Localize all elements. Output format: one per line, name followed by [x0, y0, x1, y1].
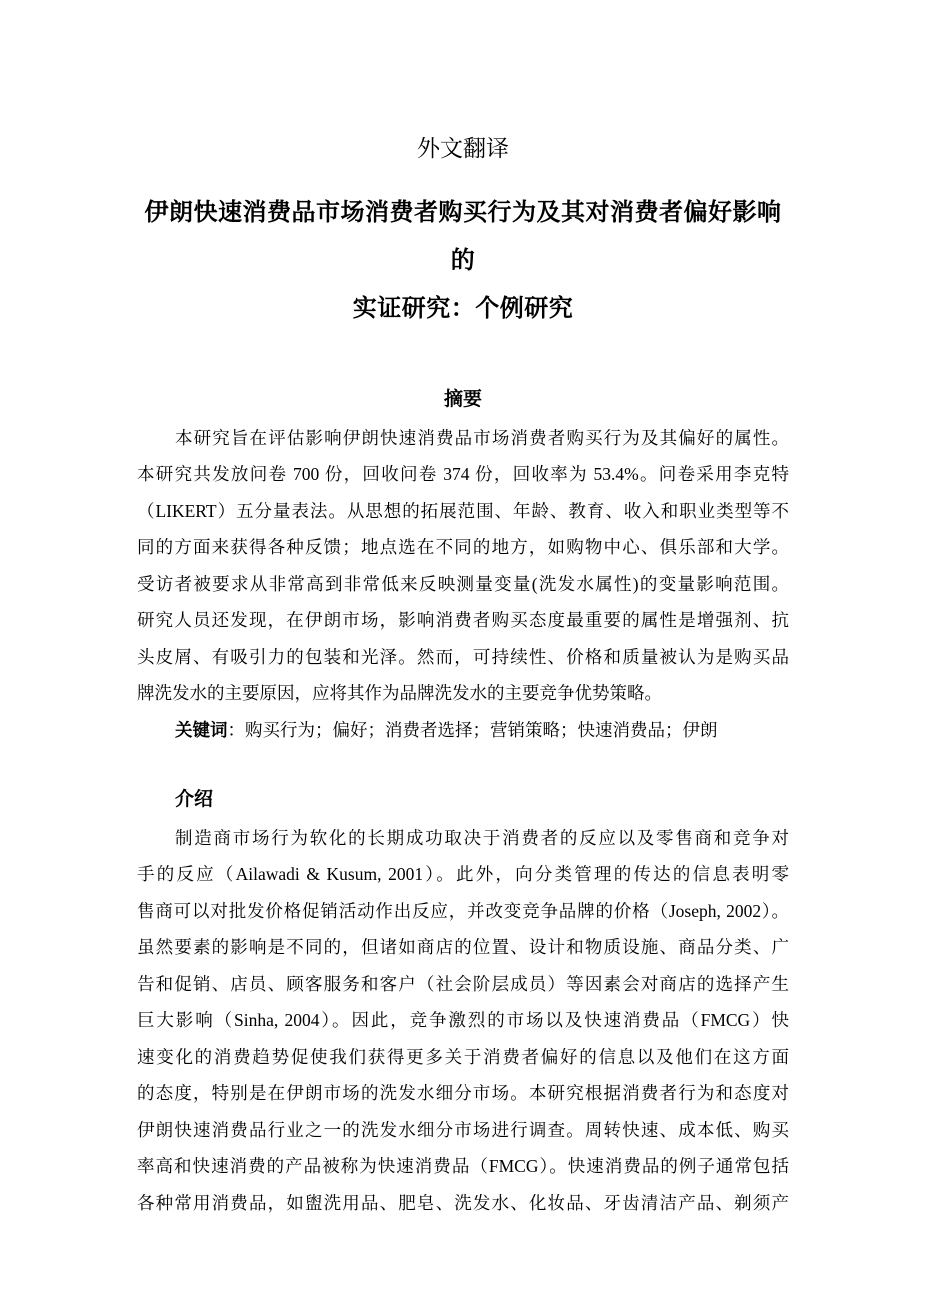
title-line-2: 实证研究：个例研究 [137, 285, 789, 333]
paragraph-line: 伊朗快速消费品行业之一的洗发水细分市场进行调查。周转快速、成本低、购买 [137, 1112, 789, 1149]
doc-type-label: 外文翻译 [137, 130, 789, 167]
title-line-1: 伊朗快速消费品市场消费者购买行为及其对消费者偏好影响的 [137, 189, 789, 285]
document-title: 伊朗快速消费品市场消费者购买行为及其对消费者偏好影响的 实证研究：个例研究 [137, 189, 789, 333]
abstract-heading: 摘要 [137, 382, 789, 419]
paragraph-line: 制造商市场行为软化的长期成功取决于消费者的反应以及零售商和竞争对 [137, 820, 789, 857]
paragraph-line: 研究人员还发现，在伊朗市场，影响消费者购买态度最重要的属性是增强剂、抗 [137, 602, 789, 639]
paragraph-line: 的态度，特别是在伊朗市场的洗发水细分市场。本研究根据消费者行为和态度对 [137, 1075, 789, 1112]
introduction-heading: 介绍 [137, 782, 789, 819]
keywords-label: 关键词 [175, 720, 228, 740]
paragraph-line: 巨大影响（Sinha, 2004）。因此，竞争激烈的市场以及快速消费品（FMCG… [137, 1002, 789, 1039]
paragraph-line: 手的反应（Ailawadi & Kusum, 2001）。此外，向分类管理的传达… [137, 856, 789, 893]
paragraph-line: 各种常用消费品，如盥洗用品、肥皂、洗发水、化妆品、牙齿清洁产品、剃须产 [137, 1185, 789, 1222]
keywords-line: 关键词：购买行为；偏好；消费者选择；营销策略；快速消费品；伊朗 [137, 712, 789, 749]
paragraph-line: 本研究共发放问卷 700 份，回收问卷 374 份，回收率为 53.4%。问卷采… [137, 456, 789, 493]
introduction-paragraph: 制造商市场行为软化的长期成功取决于消费者的反应以及零售商和竞争对 手的反应（Ai… [137, 820, 789, 1222]
paragraph-line: 头皮屑、有吸引力的包装和光泽。然而，可持续性、价格和质量被认为是购买品 [137, 639, 789, 676]
paragraph-line: 受访者被要求从非常高到非常低来反映测量变量(洗发水属性)的变量影响范围。 [137, 566, 789, 603]
abstract-paragraph: 本研究旨在评估影响伊朗快速消费品市场消费者购买行为及其偏好的属性。 本研究共发放… [137, 420, 789, 712]
paragraph-line: （LIKERT）五分量表法。从思想的拓展范围、年龄、教育、收入和职业类型等不 [137, 493, 789, 530]
paragraph-line: 率高和快速消费的产品被称为快速消费品（FMCG）。快速消费品的例子通常包括 [137, 1148, 789, 1185]
document-page: 外文翻译 伊朗快速消费品市场消费者购买行为及其对消费者偏好影响的 实证研究：个例… [137, 0, 789, 1221]
paragraph-line: 速变化的消费趋势促使我们获得更多关于消费者偏好的信息以及他们在这方面 [137, 1039, 789, 1076]
paragraph-line: 同的方面来获得各种反馈；地点选在不同的地方，如购物中心、俱乐部和大学。 [137, 529, 789, 566]
paragraph-line: 牌洗发水的主要原因，应将其作为品牌洗发水的主要竞争优势策略。 [137, 675, 789, 712]
paragraph-line: 售商可以对批发价格促销活动作出反应，并改变竞争品牌的价格（Joseph, 200… [137, 893, 789, 930]
paragraph-line: 本研究旨在评估影响伊朗快速消费品市场消费者购买行为及其偏好的属性。 [137, 420, 789, 457]
keywords-text: ：购买行为；偏好；消费者选择；营销策略；快速消费品；伊朗 [228, 720, 718, 740]
paragraph-line: 告和促销、店员、顾客服务和客户（社会阶层成员）等因素会对商店的选择产生 [137, 966, 789, 1003]
paragraph-line: 虽然要素的影响是不同的，但诸如商店的位置、设计和物质设施、商品分类、广 [137, 929, 789, 966]
